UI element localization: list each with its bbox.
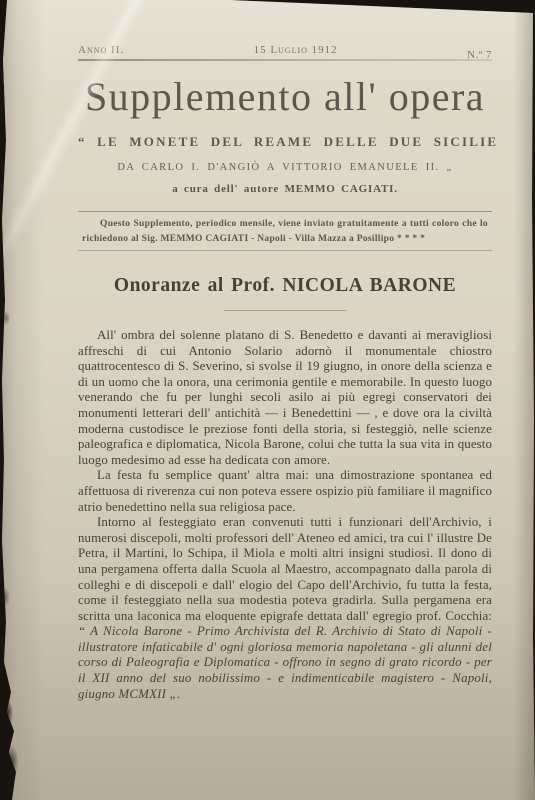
article-heading: Onoranze al Prof. NICOLA BARONE	[78, 275, 492, 297]
scan-background: Anno II. 15 Luglio 1912 N.º 7 Supplement…	[0, 0, 535, 800]
page-paper: Anno II. 15 Luglio 1912 N.º 7 Supplement…	[0, 0, 535, 800]
masthead-series-line: DA CARLO I. D'ANGIÒ A VITTORIO EMANUELE …	[78, 162, 492, 173]
article-body: All' ombra del solenne platano di S. Ben…	[78, 328, 492, 702]
subscription-notice-text: Questo Supplemento, periodico mensile, v…	[78, 212, 492, 250]
header-date: 15 Luglio 1912	[254, 44, 338, 56]
masthead: Supplemento all' opera “ LE MONETE DEL R…	[78, 77, 492, 195]
journal-header: Anno II. 15 Luglio 1912 N.º 7	[78, 44, 492, 56]
header-divider	[78, 59, 492, 61]
header-issue-number: N.º 7	[467, 49, 492, 61]
masthead-subtitle: “ LE MONETE DEL REAME DELLE DUE SICILIE	[78, 134, 492, 150]
paragraph-lead-text: Intorno al festeggiato eran convenuti tu…	[78, 515, 492, 623]
masthead-curator-line: a cura dell' autore MEMMO CAGIATI.	[78, 183, 492, 195]
article-paragraph: All' ombra del solenne platano di S. Ben…	[78, 328, 492, 468]
heading-ornament-rule	[224, 310, 346, 311]
epigraph-quote: “ A Nicola Barone - Primo Archivista del…	[78, 624, 492, 700]
notice-divider-bottom	[78, 250, 492, 251]
header-volume: Anno II.	[78, 44, 124, 56]
article-paragraph: La festa fu semplice quant' altra mai: u…	[78, 468, 492, 515]
page-content: Anno II. 15 Luglio 1912 N.º 7 Supplement…	[78, 44, 492, 702]
subscription-notice-block: Questo Supplemento, periodico mensile, v…	[78, 211, 492, 251]
article-paragraph: Intorno al festeggiato eran convenuti tu…	[78, 515, 492, 702]
masthead-title: Supplemento all' opera	[78, 77, 492, 117]
